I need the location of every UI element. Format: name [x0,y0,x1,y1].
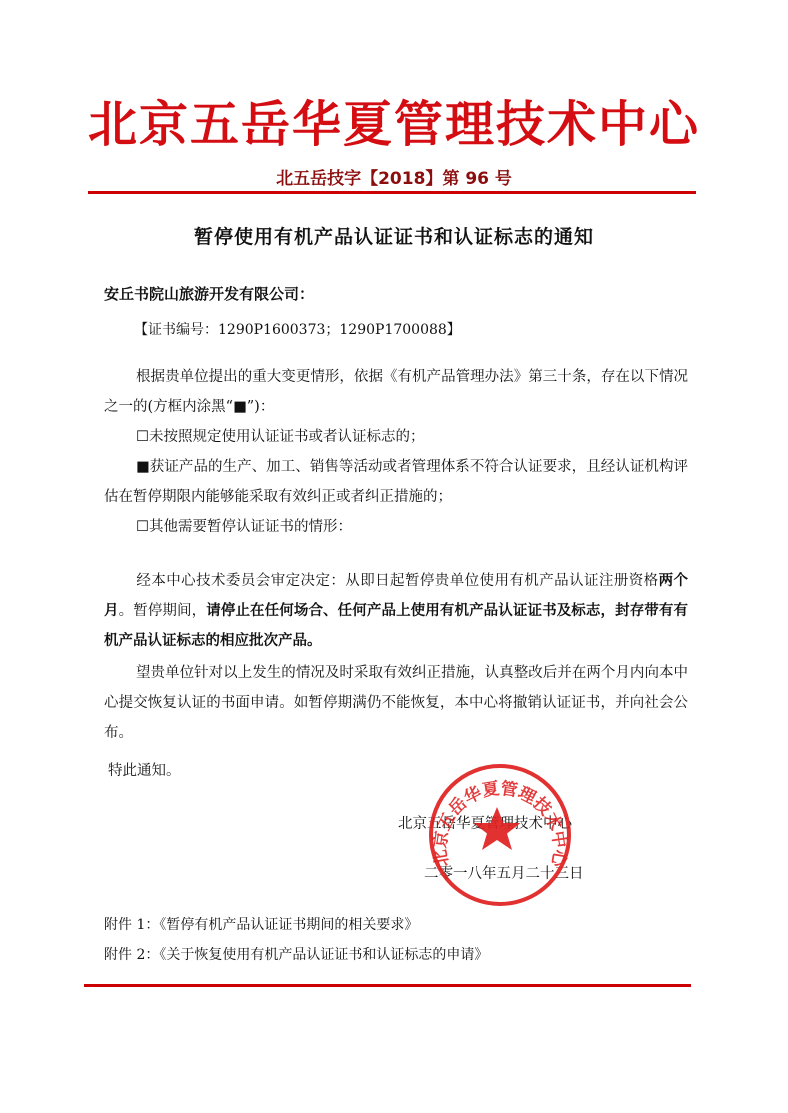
intro-text: 根据贵单位提出的重大变更情形，依据《有机产品管理办法》第三十条，存在以下情况之一… [104,369,688,415]
decision-paragraph: 经本中心技术委员会审定决定：从即日起暂停贵单位使用有机产品认证注册资格两个月。暂… [104,566,688,656]
footer-divider [84,984,691,987]
document-number: 北五岳技字【2018】第 96 号 [0,164,788,189]
intro-paragraph: 根据贵单位提出的重大变更情形，依据《有机产品管理办法》第三十条，存在以下情况之一… [104,362,688,422]
decision-text: 。暂停期间， [119,603,207,619]
attachment-2: 附件 2：《关于恢复使用有机产品认证证书和认证标志的申请》 [104,944,488,964]
attachment-1: 附件 1：《暂停有机产品认证证书期间的相关要求》 [104,914,418,934]
condition-item: ☐未按照规定使用认证证书或者认证标志的； [104,422,688,452]
organization-header: 北京五岳华夏管理技术中心 [84,86,704,156]
condition-text: 其他需要暂停认证证书的情形： [149,519,352,535]
signature-organization: 北京五岳华夏管理技术中心 [398,812,572,833]
remedy-text: 望贵单位针对以上发生的情况及时采取有效纠正措施，认真整改后并在两个月内向本中心提… [104,665,688,741]
decision-text: 经本中心技术委员会审定决定：从即日起暂停贵单位使用有机产品认证注册资格 [136,573,659,589]
certificate-numbers: 【证书编号：1290P1600373；1290P1700088】 [134,319,461,339]
remedy-paragraph: 望贵单位针对以上发生的情况及时采取有效纠正措施，认真整改后并在两个月内向本中心提… [104,658,688,748]
notice-title: 暂停使用有机产品认证证书和认证标志的通知 [0,222,788,249]
header-divider [88,191,696,194]
checkbox-checked-icon: ■ [136,459,150,475]
condition-item: ■获证产品的生产、加工、销售等活动或者管理体系不符合认证要求，且经认证机构评估在… [104,452,688,512]
checkbox-unchecked-icon: ☐ [136,429,149,445]
condition-text: 未按照规定使用认证证书或者认证标志的； [149,429,425,445]
signature-date: 二零一八年五月二十三日 [424,862,584,883]
condition-text: 获证产品的生产、加工、销售等活动或者管理体系不符合认证要求，且经认证机构评估在暂… [104,459,688,505]
closing: 特此通知。 [108,756,692,786]
recipient: 安丘书院山旅游开发有限公司： [104,283,314,304]
checkbox-unchecked-icon: ☐ [136,519,149,535]
condition-item: ☐其他需要暂停认证证书的情形： [104,512,688,542]
